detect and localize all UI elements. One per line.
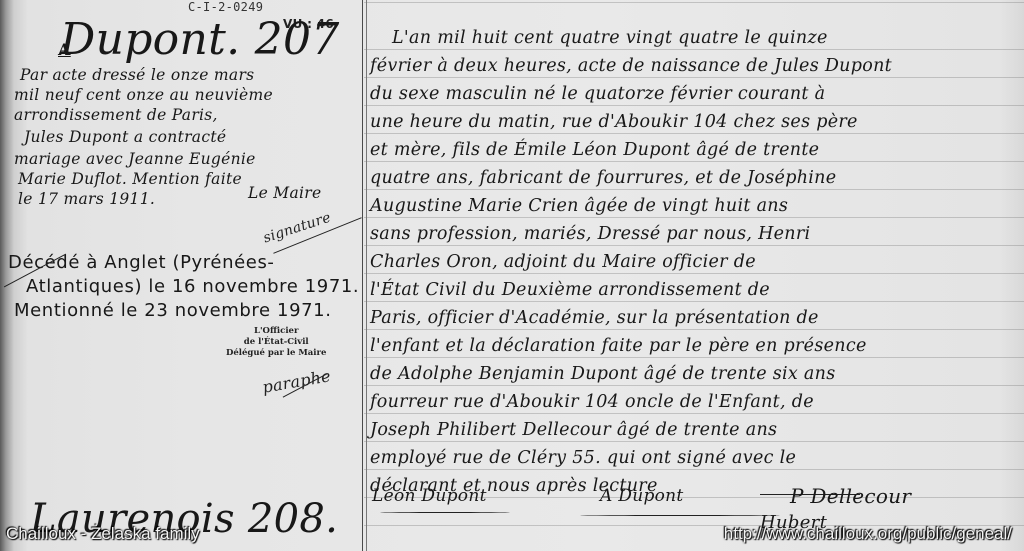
- body-line: quatre ans, fabricant de fourrures, et d…: [370, 168, 836, 188]
- signature-witness-2: P Dellecour: [790, 484, 911, 508]
- watermark-url: http://www.chailloux.org/public/geneal/: [724, 524, 1012, 544]
- officer-signature: paraphe: [261, 366, 332, 397]
- signature-witness-1: A Dupont: [600, 486, 684, 506]
- marriage-note-line: mil neuf cent onze au neuvième: [14, 86, 273, 104]
- body-line: l'enfant et la déclaration faite par le …: [370, 336, 867, 356]
- marriage-note-line: Marie Duflot. Mention faite: [18, 170, 242, 188]
- officer-stamp: L'Officier de l'État-Civil Délégué par l…: [226, 326, 326, 359]
- death-note-line: Atlantiques) le 16 novembre 1971.: [26, 276, 359, 297]
- body-line: sans profession, mariés, Dressé par nous…: [370, 224, 810, 244]
- body-line: du sexe masculin né le quatorze février …: [370, 84, 825, 104]
- body-line: employé rue de Cléry 55. qui ont signé a…: [370, 448, 796, 468]
- body-line: une heure du matin, rue d'Aboukir 104 ch…: [370, 112, 858, 132]
- body-line: fourreur rue d'Aboukir 104 oncle de l'En…: [370, 392, 814, 412]
- signature-flourish: [380, 512, 510, 513]
- marriage-note-line: Jules Dupont a contracté: [24, 128, 226, 146]
- ruled-lines: [364, 0, 1024, 551]
- mayor-signature: signature: [261, 210, 333, 247]
- body-line: et mère, fils de Émile Léon Dupont âgé d…: [370, 140, 819, 160]
- marriage-note-line: le 17 mars 1911.: [18, 190, 155, 208]
- body-line: L'an mil huit cent quatre vingt quatre l…: [392, 28, 828, 48]
- signature-father: Léon Dupont: [372, 486, 487, 506]
- body-line: Augustine Marie Crien âgée de vingt huit…: [370, 196, 788, 216]
- scanned-register-page: C-I-2-0249 VU : 46 A Dupont. 207 Par act…: [0, 0, 1024, 551]
- body-line: de Adolphe Benjamin Dupont âgé de trente…: [370, 364, 836, 384]
- body-line: l'État Civil du Deuxième arrondissement …: [370, 280, 770, 300]
- signature-flourish: [580, 515, 780, 516]
- body-line: Paris, officier d'Académie, sur la prése…: [370, 308, 819, 328]
- marriage-note-line: Par acte dressé le onze mars: [20, 66, 254, 84]
- entry-title: Dupont. 207: [60, 14, 340, 65]
- marriage-note-line: mariage avec Jeanne Eugénie: [14, 150, 256, 168]
- margin-divider: [362, 0, 363, 551]
- reference-number: C-I-2-0249: [188, 0, 263, 14]
- body-line: Charles Oron, adjoint du Maire officier …: [370, 252, 756, 272]
- marriage-note-line: arrondissement de Paris,: [14, 106, 218, 124]
- watermark-family: Chailloux - Żelaska family: [6, 524, 200, 544]
- death-note-line: Mentionné le 23 novembre 1971.: [14, 300, 332, 321]
- body-line: février à deux heures, acte de naissance…: [370, 56, 892, 76]
- margin-divider-inner: [366, 0, 367, 551]
- body-line: Joseph Philibert Dellecour âgé de trente…: [370, 420, 777, 440]
- marriage-note-signer: Le Maire: [248, 184, 321, 202]
